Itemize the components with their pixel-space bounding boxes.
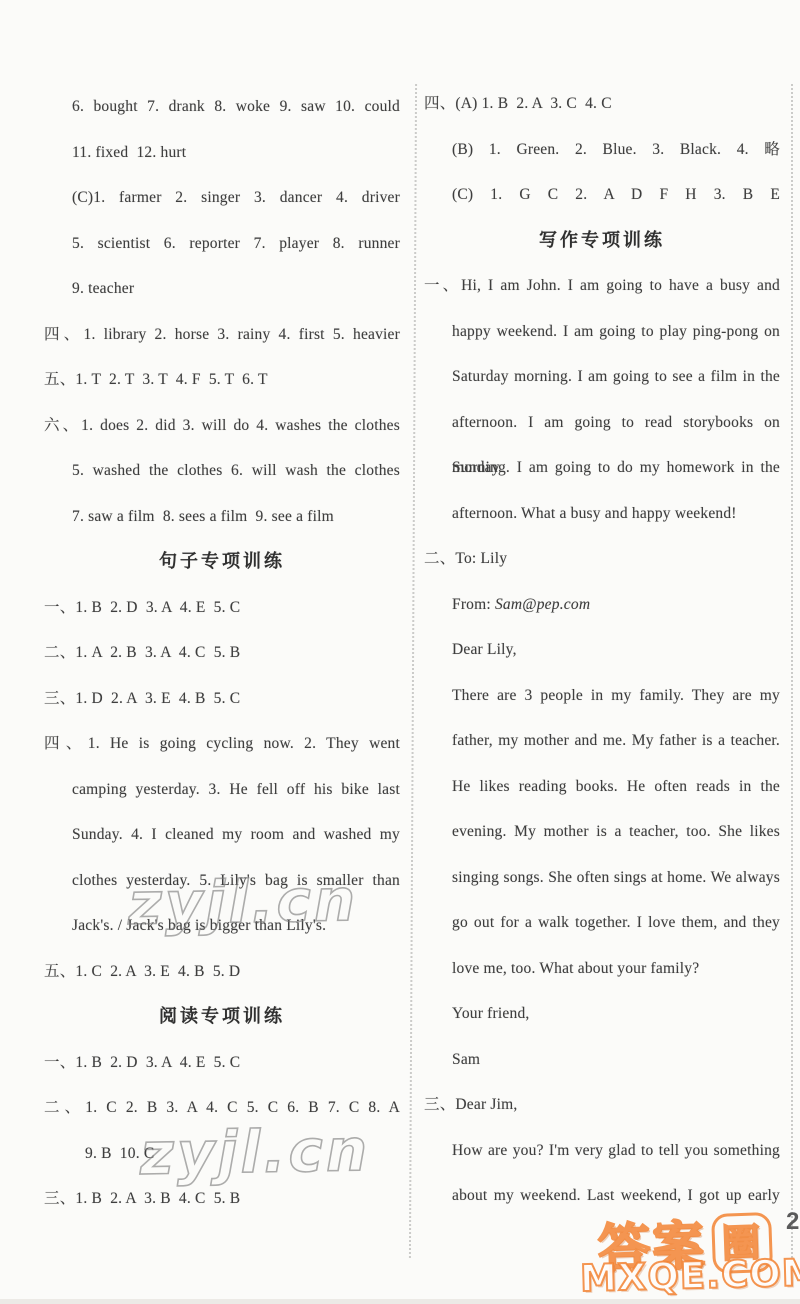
answer-text-line: 二、To: Lily [424, 536, 780, 582]
section-heading: 阅读专项训练 [44, 994, 400, 1040]
column-divider-dotted-line [409, 84, 417, 1258]
answer-text-line: love me, too. What about your family? [424, 946, 780, 992]
answer-text-line: go out for a walk together. I love them,… [424, 900, 780, 946]
answer-text-line: 9. B 10. C [44, 1131, 400, 1177]
answer-text-line: From: Sam@pep.com [424, 582, 780, 628]
answer-text-line: There are 3 people in my family. They ar… [424, 673, 780, 719]
answer-text-line: camping yesterday. 3. He fell off his bi… [44, 767, 400, 813]
answer-text-line: 六、1. does 2. did 3. will do 4. washes th… [44, 403, 400, 449]
page-number-partial: 2 [786, 1208, 799, 1236]
answer-text-line: happy weekend. I am going to play ping-p… [424, 309, 780, 355]
answer-text-line: Jack's. / Jack's bag is bigger than Lily… [44, 903, 400, 949]
answer-text-line: clothes yesterday. 5. Lily's bag is smal… [44, 858, 400, 904]
answer-text-line: Dear Lily, [424, 627, 780, 673]
right-column: 四、(A) 1. B 2. A 3. C 4. C(B) 1. Green. 2… [424, 81, 780, 1219]
answer-text-line: 5. scientist 6. reporter 7. player 8. ru… [44, 221, 400, 267]
answer-text-line: 9. teacher [44, 266, 400, 312]
answer-text-line: afternoon. I am going to read storybooks… [424, 400, 780, 446]
answer-text-line: morning. I am going to do my homework in… [424, 445, 780, 491]
answer-text-line: afternoon. What a busy and happy weekend… [424, 491, 780, 537]
answer-text-line: 一、1. B 2. D 3. A 4. E 5. C [44, 1040, 400, 1086]
answer-text-line: 五、1. C 2. A 3. E 4. B 5. D [44, 949, 400, 995]
answer-text-line: father, my mother and me. My father is a… [424, 718, 780, 764]
answer-text-line: 五、1. T 2. T 3. T 4. F 5. T 6. T [44, 357, 400, 403]
answer-text-line: 四、(A) 1. B 2. A 3. C 4. C [424, 81, 780, 127]
answer-circle-watermark-badge: 圈 [711, 1212, 773, 1274]
section-heading: 写作专项训练 [424, 218, 780, 264]
page-edge-dotted-line [791, 84, 793, 1258]
answer-text-line: 5. washed the clothes 6. will wash the c… [44, 448, 400, 494]
site-url-watermark: MXQE.COM [579, 1251, 800, 1300]
answer-text-line: about my weekend. Last weekend, I got up… [424, 1173, 780, 1219]
answer-text-line: 四、1. library 2. horse 3. rainy 4. first … [44, 312, 400, 358]
answer-circle-watermark-text: 答案 [597, 1216, 707, 1280]
answer-text-line: 三、1. B 2. A 3. B 4. C 5. B [44, 1176, 400, 1222]
section-heading: 句子专项训练 [44, 539, 400, 585]
left-column: 6. bought 7. drank 8. woke 9. saw 10. co… [44, 84, 400, 1222]
answer-text-line: Sunday. 4. I cleaned my room and washed … [44, 812, 400, 858]
answer-text-line: 6. bought 7. drank 8. woke 9. saw 10. co… [44, 84, 400, 130]
answer-text-line: singing songs. She often sings at home. … [424, 855, 780, 901]
answer-text-line: 11. fixed 12. hurt [44, 130, 400, 176]
answer-text-line: Your friend, [424, 991, 780, 1037]
scanned-answer-key-page: 6. bought 7. drank 8. woke 9. saw 10. co… [0, 0, 800, 1304]
answer-text-line: 二、1. C 2. B 3. A 4. C 5. C 6. B 7. C 8. … [44, 1085, 400, 1131]
answer-text-line: 四、1. He is going cycling now. 2. They we… [44, 721, 400, 767]
answer-text-line: 一、1. B 2. D 3. A 4. E 5. C [44, 585, 400, 631]
answer-text-line: 三、1. D 2. A 3. E 4. B 5. C [44, 676, 400, 722]
answer-text-line: (C)1. farmer 2. singer 3. dancer 4. driv… [44, 175, 400, 221]
answer-text-line: 一、Hi, I am John. I am going to have a bu… [424, 263, 780, 309]
answer-text-line: 7. saw a film 8. sees a film 9. see a fi… [44, 494, 400, 540]
answer-text-line: (B) 1. Green. 2. Blue. 3. Black. 4. 略 [424, 127, 780, 173]
answer-text-line: 二、1. A 2. B 3. A 4. C 5. B [44, 630, 400, 676]
answer-text-line: evening. My mother is a teacher, too. Sh… [424, 809, 780, 855]
answer-text-line: He likes reading books. He often reads i… [424, 764, 780, 810]
answer-text-line: Saturday morning. I am going to see a fi… [424, 354, 780, 400]
answer-text-line: (C) 1. G C 2. A D F H 3. B E [424, 172, 780, 218]
answer-text-line: 三、Dear Jim, [424, 1082, 780, 1128]
answer-text-line: How are you? I'm very glad to tell you s… [424, 1128, 780, 1174]
answer-text-line: Sam [424, 1037, 780, 1083]
